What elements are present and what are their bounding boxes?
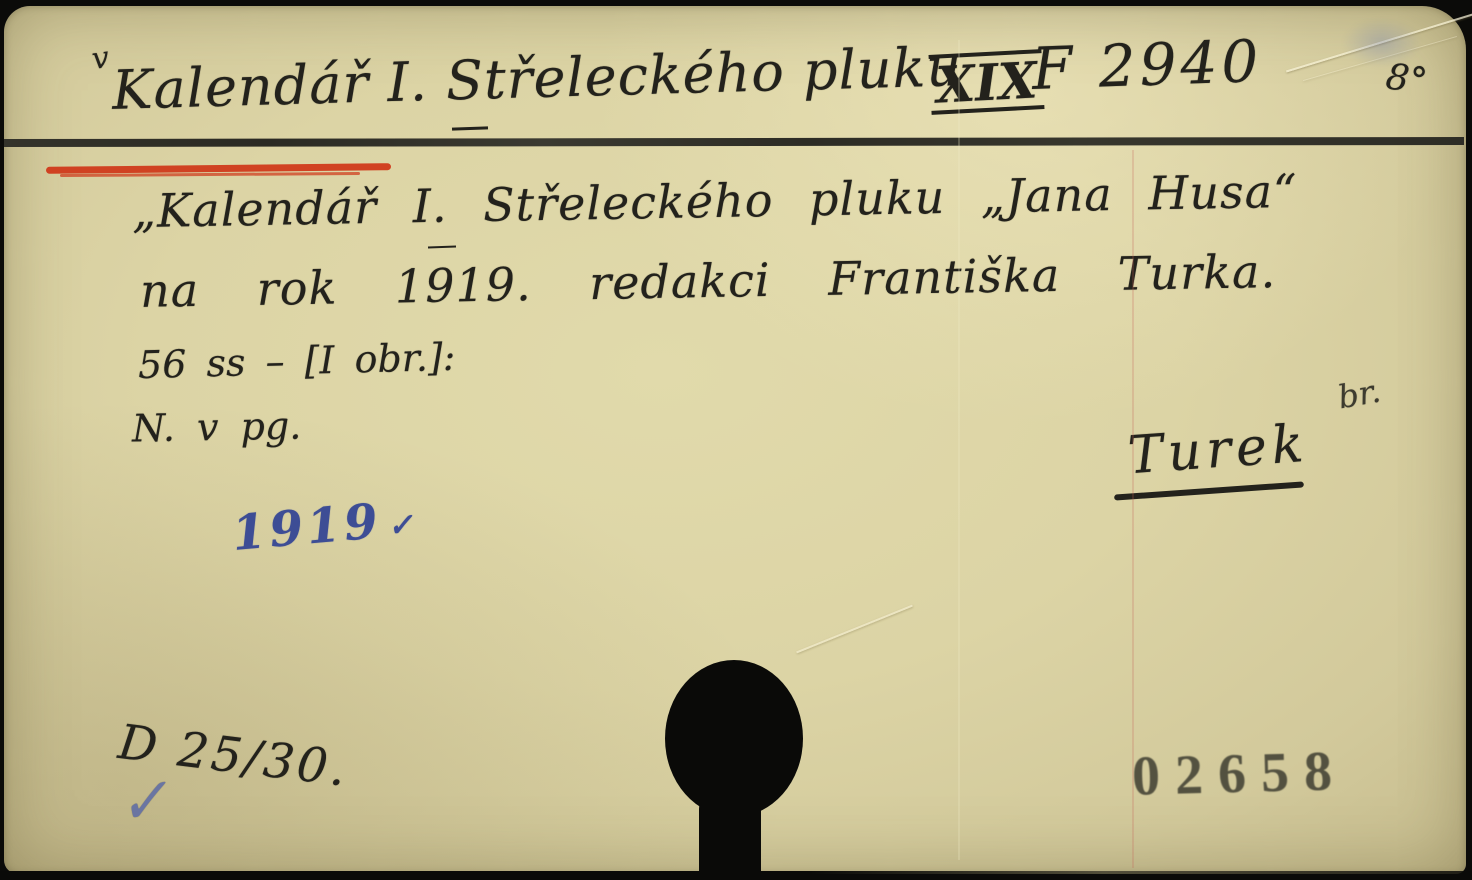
body-line-4: N. v pg. xyxy=(132,407,302,448)
bottom-scan-edge xyxy=(0,871,1472,880)
call-number: F 2940 xyxy=(1031,32,1263,98)
rod-hole-stem xyxy=(699,795,761,880)
class-number-value: XIX xyxy=(929,49,1045,115)
binding-note: br. xyxy=(1336,375,1383,414)
faint-vertical-crease xyxy=(958,40,960,860)
blue-smudge xyxy=(1342,18,1422,68)
body-line-3: 56 ss – [I obr.]: xyxy=(138,338,456,384)
year-check-mark: ✓ xyxy=(386,507,418,544)
class-number: XIX xyxy=(929,49,1045,115)
red-guide-line xyxy=(1132,150,1134,868)
blue-check-mark: ✓ xyxy=(115,770,171,835)
rod-hole xyxy=(665,660,803,817)
author-surname: Turek xyxy=(1126,418,1310,482)
accession-stamp: 02658 xyxy=(1131,739,1348,809)
scanned-page: v Kalendář I. Střeleckého pluku XIX F 29… xyxy=(0,0,1472,880)
